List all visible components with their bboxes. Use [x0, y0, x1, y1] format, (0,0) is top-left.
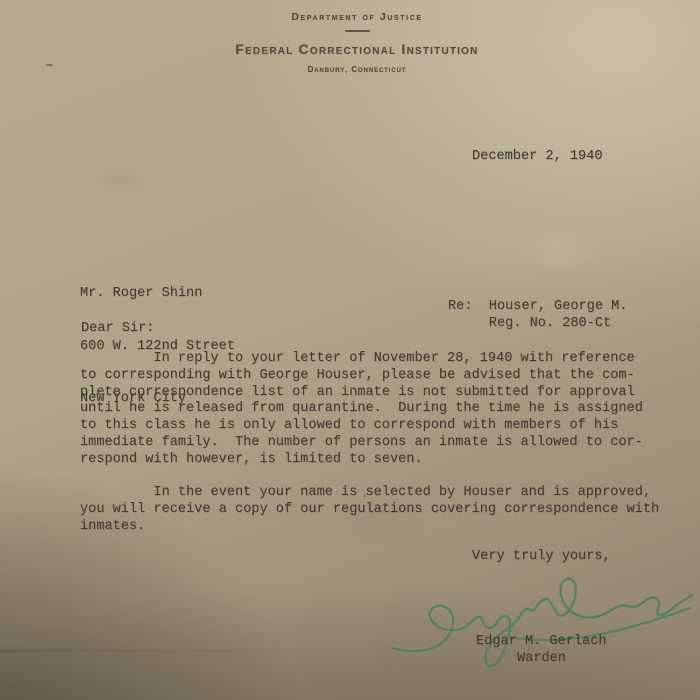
letterhead-location: Danbury, Connecticut	[14, 64, 700, 75]
paper-crease	[0, 650, 340, 652]
salutation: Dear Sir:	[81, 321, 154, 338]
paper-speck	[363, 494, 366, 497]
letter-photo: Department of Justice Federal Correction…	[0, 0, 700, 700]
body-paragraph-2: In the event your name is selected by Ho…	[80, 485, 659, 535]
date-line: December 2, 1940	[472, 149, 603, 166]
letterhead-agency: Department of Justice	[14, 10, 700, 24]
recipient-name: Mr. Roger Shinn	[80, 285, 235, 303]
letterhead-institution: Federal Correctional Institution	[14, 40, 700, 58]
reference-block: Re: Houser, George M. Reg. No. 280-Ct	[448, 299, 627, 333]
letterhead: Department of Justice Federal Correction…	[0, 10, 700, 75]
paper-speck	[46, 64, 53, 66]
letterhead-divider-rule	[345, 30, 370, 32]
body-paragraph-1: In reply to your letter of November 28, …	[80, 351, 643, 469]
closing-valediction: Very truly yours,	[472, 549, 611, 566]
signed-title: Warden	[517, 651, 566, 668]
signed-name: Edgar M. Gerlach	[476, 634, 607, 651]
